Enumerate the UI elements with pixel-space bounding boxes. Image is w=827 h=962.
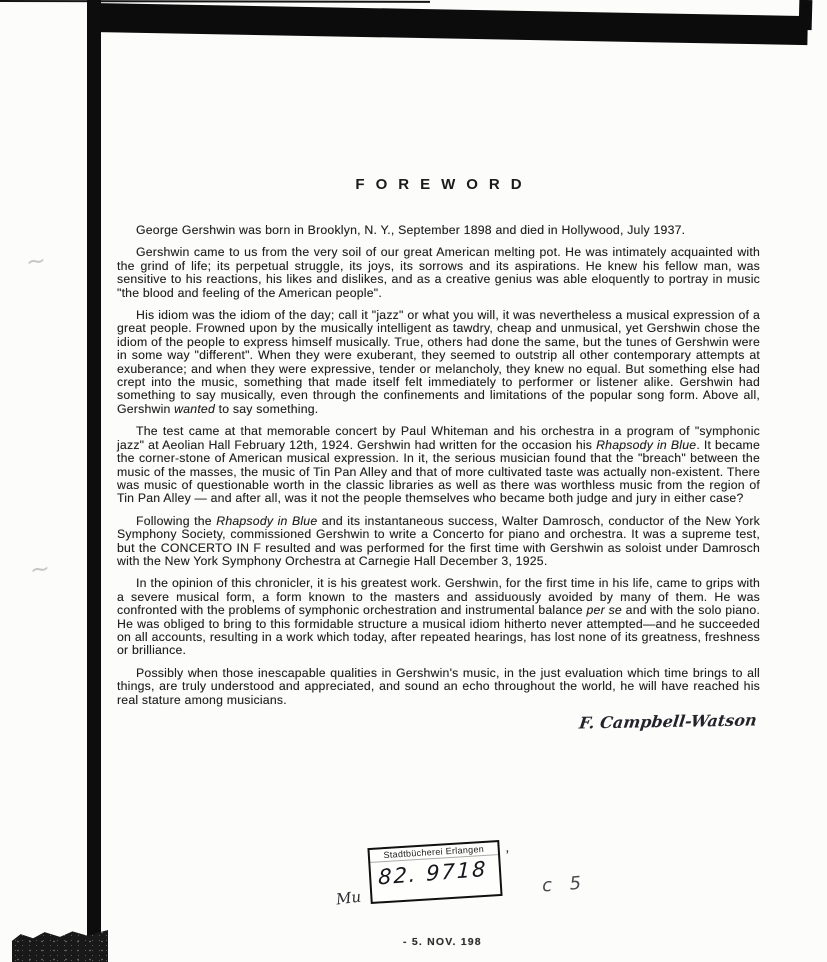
paragraph: George Gershwin was born in Brooklyn, N.… (117, 224, 760, 237)
pencil-mark: ∼ (29, 557, 52, 583)
pencil-mark: ∼ (25, 249, 48, 275)
handwritten-shelf-mark: Mu (335, 888, 362, 909)
handwritten-accession-number: 82. 9718 (378, 857, 488, 890)
paragraph: His idiom was the idiom of the day; call… (117, 309, 760, 416)
paragraph: Possibly when those inescapable qualitie… (117, 667, 760, 707)
date-stamp: - 5. NOV. 198 (403, 936, 482, 948)
handwritten-class-mark: c 5 (541, 872, 587, 896)
page-title: FOREWORD (117, 176, 760, 193)
library-stamp-box: Stadtbücherei Erlangen 82. 9718 ’ (367, 840, 502, 904)
scan-edge-left-bar (87, 0, 101, 962)
paragraph: Following the Rhapsody in Blue and its i… (117, 515, 760, 569)
scan-edge-top-right-stub (799, 0, 813, 30)
scanned-page: ∼ ∼ FOREWORD George Gershwin was born in… (0, 0, 827, 962)
paragraph: Gershwin came to us from the very soil o… (117, 246, 760, 300)
handwritten-tick-mark: ’ (504, 847, 509, 864)
foreword-paragraphs: George Gershwin was born in Brooklyn, N.… (117, 224, 760, 707)
paragraph: In the opinion of this chronicler, it is… (117, 577, 760, 657)
paragraph: The test came at that memorable concert … (117, 425, 760, 505)
author-signature: F. Campbell-Watson (115, 710, 762, 740)
page-content: FOREWORD George Gershwin was born in Bro… (117, 0, 760, 735)
